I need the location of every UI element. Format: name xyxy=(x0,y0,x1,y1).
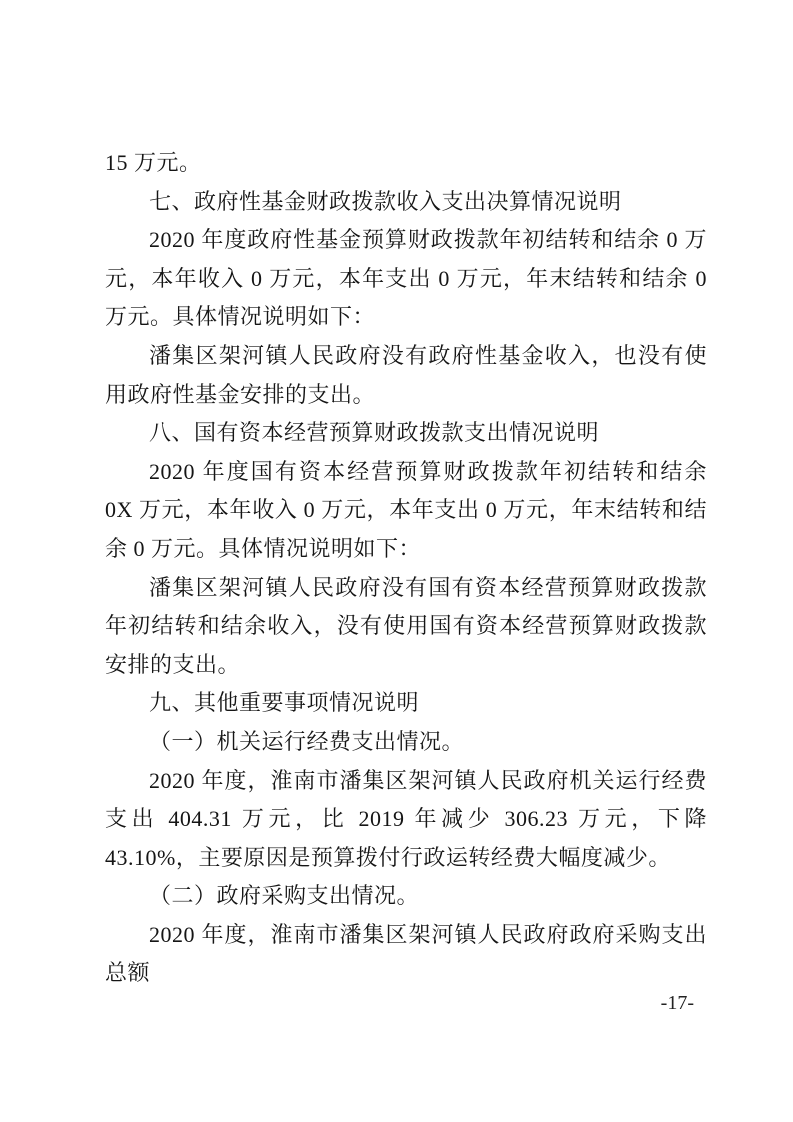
paragraph: 2020 年度，淮南市潘集区架河镇人民政府政府采购支出总额 xyxy=(105,916,707,993)
section-heading-8: 八、国有资本经营预算财政拨款支出情况说明 xyxy=(105,414,707,453)
section-heading-7: 七、政府性基金财政拨款收入支出决算情况说明 xyxy=(105,183,707,222)
subsection-heading-2: （二）政府采购支出情况。 xyxy=(105,877,707,916)
paragraph: 2020 年度政府性基金预算财政拨款年初结转和结余 0 万元，本年收入 0 万元… xyxy=(105,221,707,337)
document-page: 15 万元。 七、政府性基金财政拨款收入支出决算情况说明 2020 年度政府性基… xyxy=(0,0,793,1122)
paragraph: 潘集区架河镇人民政府没有政府性基金收入，也没有使用政府性基金安排的支出。 xyxy=(105,337,707,414)
paragraph: 2020 年度，淮南市潘集区架河镇人民政府机关运行经费支出 404.31 万元，… xyxy=(105,762,707,878)
subsection-heading-1: （一）机关运行经费支出情况。 xyxy=(105,723,707,762)
paragraph: 潘集区架河镇人民政府没有国有资本经营预算财政拨款年初结转和结余收入，没有使用国有… xyxy=(105,569,707,685)
page-number: -17- xyxy=(661,992,694,1014)
paragraph-continuation: 15 万元。 xyxy=(105,144,707,183)
paragraph: 2020 年度国有资本经营预算财政拨款年初结转和结余 0X 万元，本年收入 0 … xyxy=(105,453,707,569)
section-heading-9: 九、其他重要事项情况说明 xyxy=(105,684,707,723)
document-body: 15 万元。 七、政府性基金财政拨款收入支出决算情况说明 2020 年度政府性基… xyxy=(105,144,707,993)
